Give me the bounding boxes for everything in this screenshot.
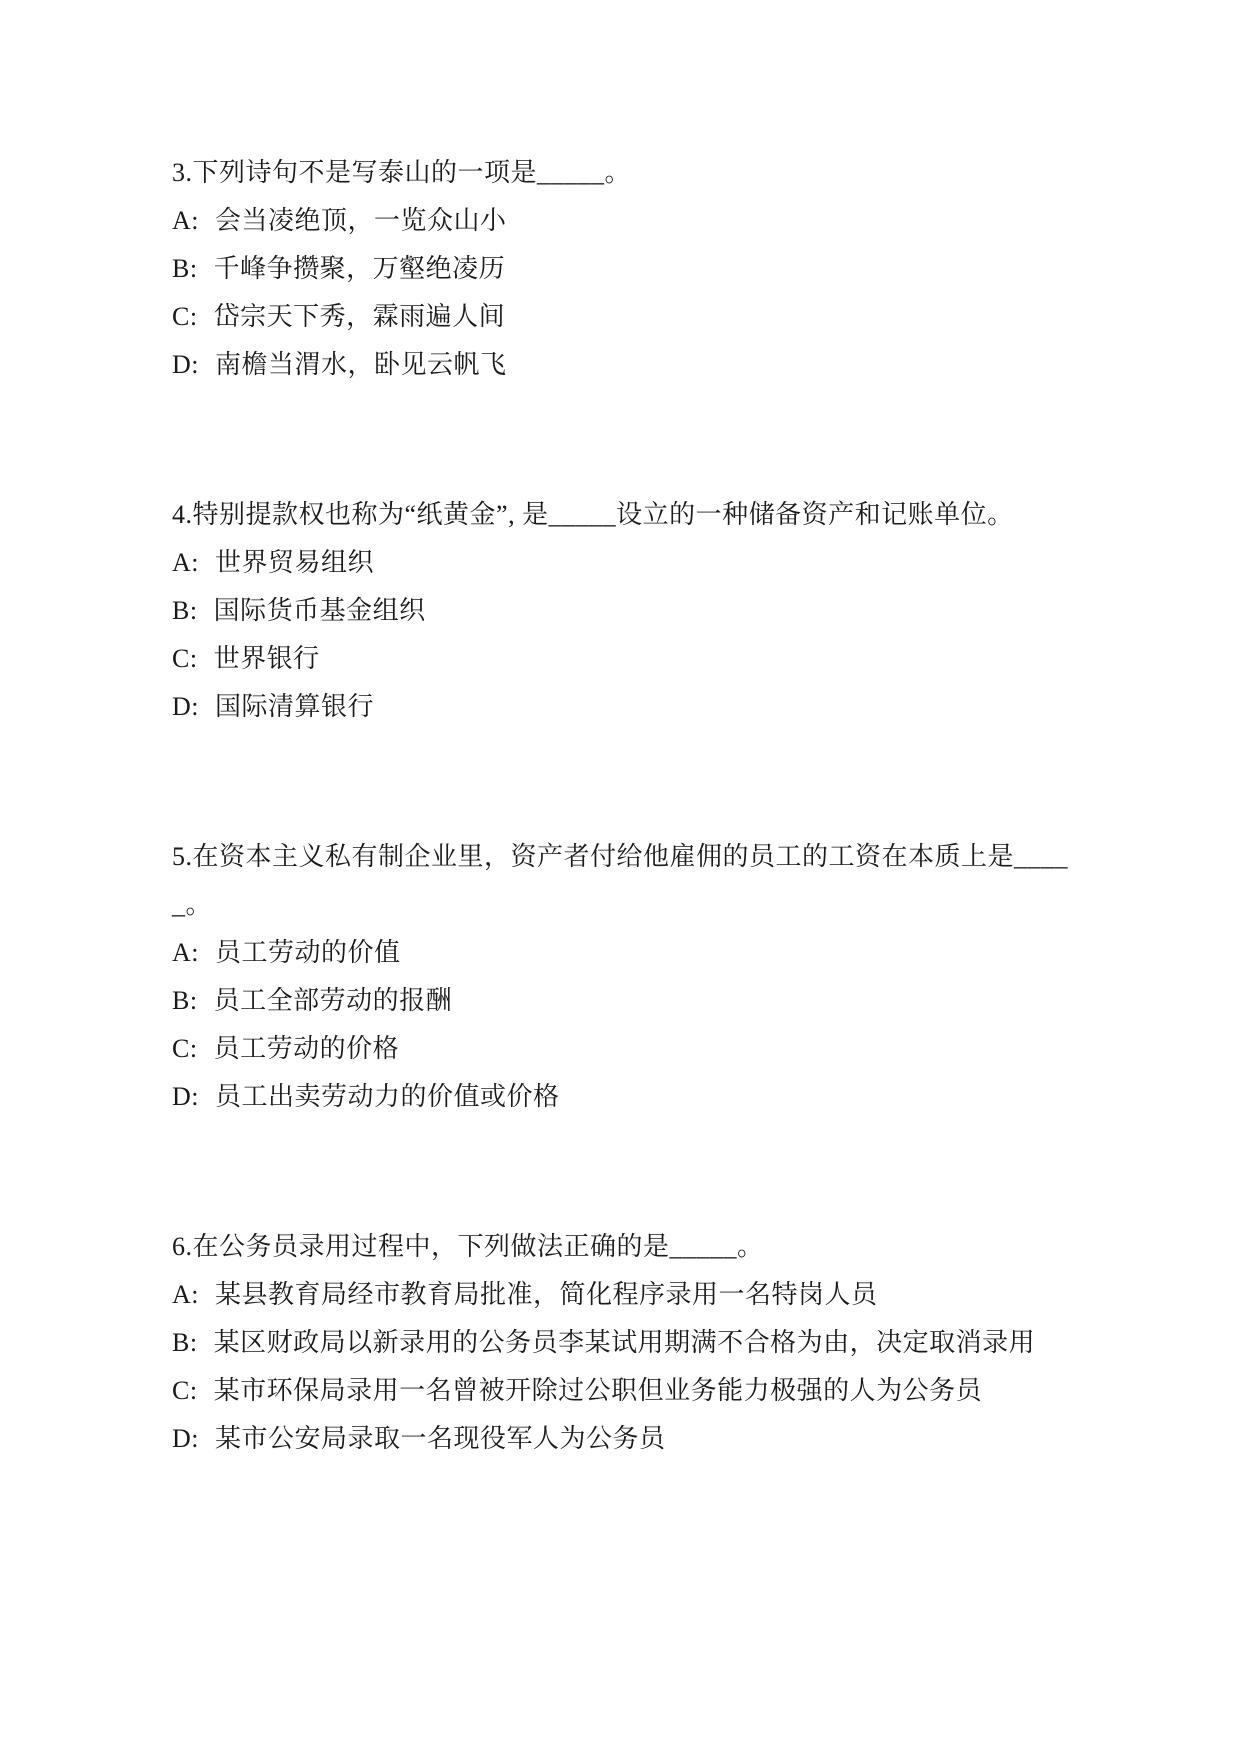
option-letter: A: bbox=[172, 1271, 199, 1319]
option-text: 世界贸易组织 bbox=[215, 548, 374, 577]
option-text: 某市公安局录取一名现役军人为公务员 bbox=[215, 1424, 666, 1453]
option-text: 千峰争攒聚，万壑绝凌历 bbox=[214, 254, 506, 283]
option-text: 某县教育局经市教育局批准，简化程序录用一名特岗人员 bbox=[215, 1280, 878, 1309]
option-letter: B: bbox=[172, 587, 198, 635]
option-text: 员工出卖劳动力的价值或价格 bbox=[215, 1082, 560, 1111]
question-3: 3.下列诗句不是写泰山的一项是_____。 A:会当凌绝顶，一览众山小 B:千峰… bbox=[172, 149, 1072, 389]
option-letter: C: bbox=[172, 1025, 198, 1073]
option-text: 岱宗天下秀，霖雨遍人间 bbox=[214, 302, 506, 331]
option-letter: D: bbox=[172, 341, 199, 389]
option-row: B:国际货币基金组织 bbox=[172, 587, 1072, 635]
question-5: 5.在资本主义私有制企业里，资产者付给他雇佣的员工的工资在本质上是_____。 … bbox=[172, 833, 1072, 1121]
option-letter: D: bbox=[172, 1415, 199, 1463]
option-letter: A: bbox=[172, 929, 199, 977]
option-letter: D: bbox=[172, 683, 199, 731]
option-row: C:世界银行 bbox=[172, 635, 1072, 683]
option-row: A:世界贸易组织 bbox=[172, 539, 1072, 587]
option-text: 某区财政局以新录用的公务员李某试用期满不合格为由，决定取消录用 bbox=[214, 1328, 1036, 1357]
option-row: D:员工出卖劳动力的价值或价格 bbox=[172, 1073, 1072, 1121]
option-letter: B: bbox=[172, 245, 198, 293]
option-row: C:员工劳动的价格 bbox=[172, 1025, 1072, 1073]
option-letter: C: bbox=[172, 1367, 198, 1415]
option-letter: A: bbox=[172, 197, 199, 245]
option-row: A:会当凌绝顶，一览众山小 bbox=[172, 197, 1072, 245]
option-letter: B: bbox=[172, 977, 198, 1025]
option-row: C:岱宗天下秀，霖雨遍人间 bbox=[172, 293, 1072, 341]
question-stem: 3.下列诗句不是写泰山的一项是_____。 bbox=[172, 149, 1072, 197]
option-row: A:某县教育局经市教育局批准，简化程序录用一名特岗人员 bbox=[172, 1271, 1072, 1319]
option-row: A:员工劳动的价值 bbox=[172, 929, 1072, 977]
option-letter: A: bbox=[172, 539, 199, 587]
option-row: C:某市环保局录用一名曾被开除过公职但业务能力极强的人为公务员 bbox=[172, 1367, 1072, 1415]
option-text: 某市环保局录用一名曾被开除过公职但业务能力极强的人为公务员 bbox=[214, 1376, 983, 1405]
option-text: 国际货币基金组织 bbox=[214, 596, 426, 625]
option-row: D:某市公安局录取一名现役军人为公务员 bbox=[172, 1415, 1072, 1463]
option-text: 会当凌绝顶，一览众山小 bbox=[215, 206, 507, 235]
option-text: 世界银行 bbox=[214, 644, 320, 673]
option-text: 南檐当渭水，卧见云帆飞 bbox=[215, 350, 507, 379]
question-6: 6.在公务员录用过程中，下列做法正确的是_____。 A:某县教育局经市教育局批… bbox=[172, 1223, 1072, 1463]
option-text: 员工劳动的价格 bbox=[214, 1034, 400, 1063]
option-row: B:员工全部劳动的报酬 bbox=[172, 977, 1072, 1025]
option-row: B:某区财政局以新录用的公务员李某试用期满不合格为由，决定取消录用 bbox=[172, 1319, 1072, 1367]
option-text: 员工全部劳动的报酬 bbox=[214, 986, 453, 1015]
option-row: B:千峰争攒聚，万壑绝凌历 bbox=[172, 245, 1072, 293]
option-row: D:国际清算银行 bbox=[172, 683, 1072, 731]
option-letter: C: bbox=[172, 635, 198, 683]
option-text: 员工劳动的价值 bbox=[215, 938, 401, 967]
question-stem: 4.特别提款权也称为“纸黄金”, 是_____设立的一种储备资产和记账单位。 bbox=[172, 491, 1072, 539]
option-text: 国际清算银行 bbox=[215, 692, 374, 721]
option-letter: D: bbox=[172, 1073, 199, 1121]
option-letter: C: bbox=[172, 293, 198, 341]
option-letter: B: bbox=[172, 1319, 198, 1367]
option-row: D:南檐当渭水，卧见云帆飞 bbox=[172, 341, 1072, 389]
question-stem: 5.在资本主义私有制企业里，资产者付给他雇佣的员工的工资在本质上是_____。 bbox=[172, 833, 1072, 929]
question-stem: 6.在公务员录用过程中，下列做法正确的是_____。 bbox=[172, 1223, 1072, 1271]
question-4: 4.特别提款权也称为“纸黄金”, 是_____设立的一种储备资产和记账单位。 A… bbox=[172, 491, 1072, 731]
exam-document-page: 3.下列诗句不是写泰山的一项是_____。 A:会当凌绝顶，一览众山小 B:千峰… bbox=[0, 0, 1240, 1753]
